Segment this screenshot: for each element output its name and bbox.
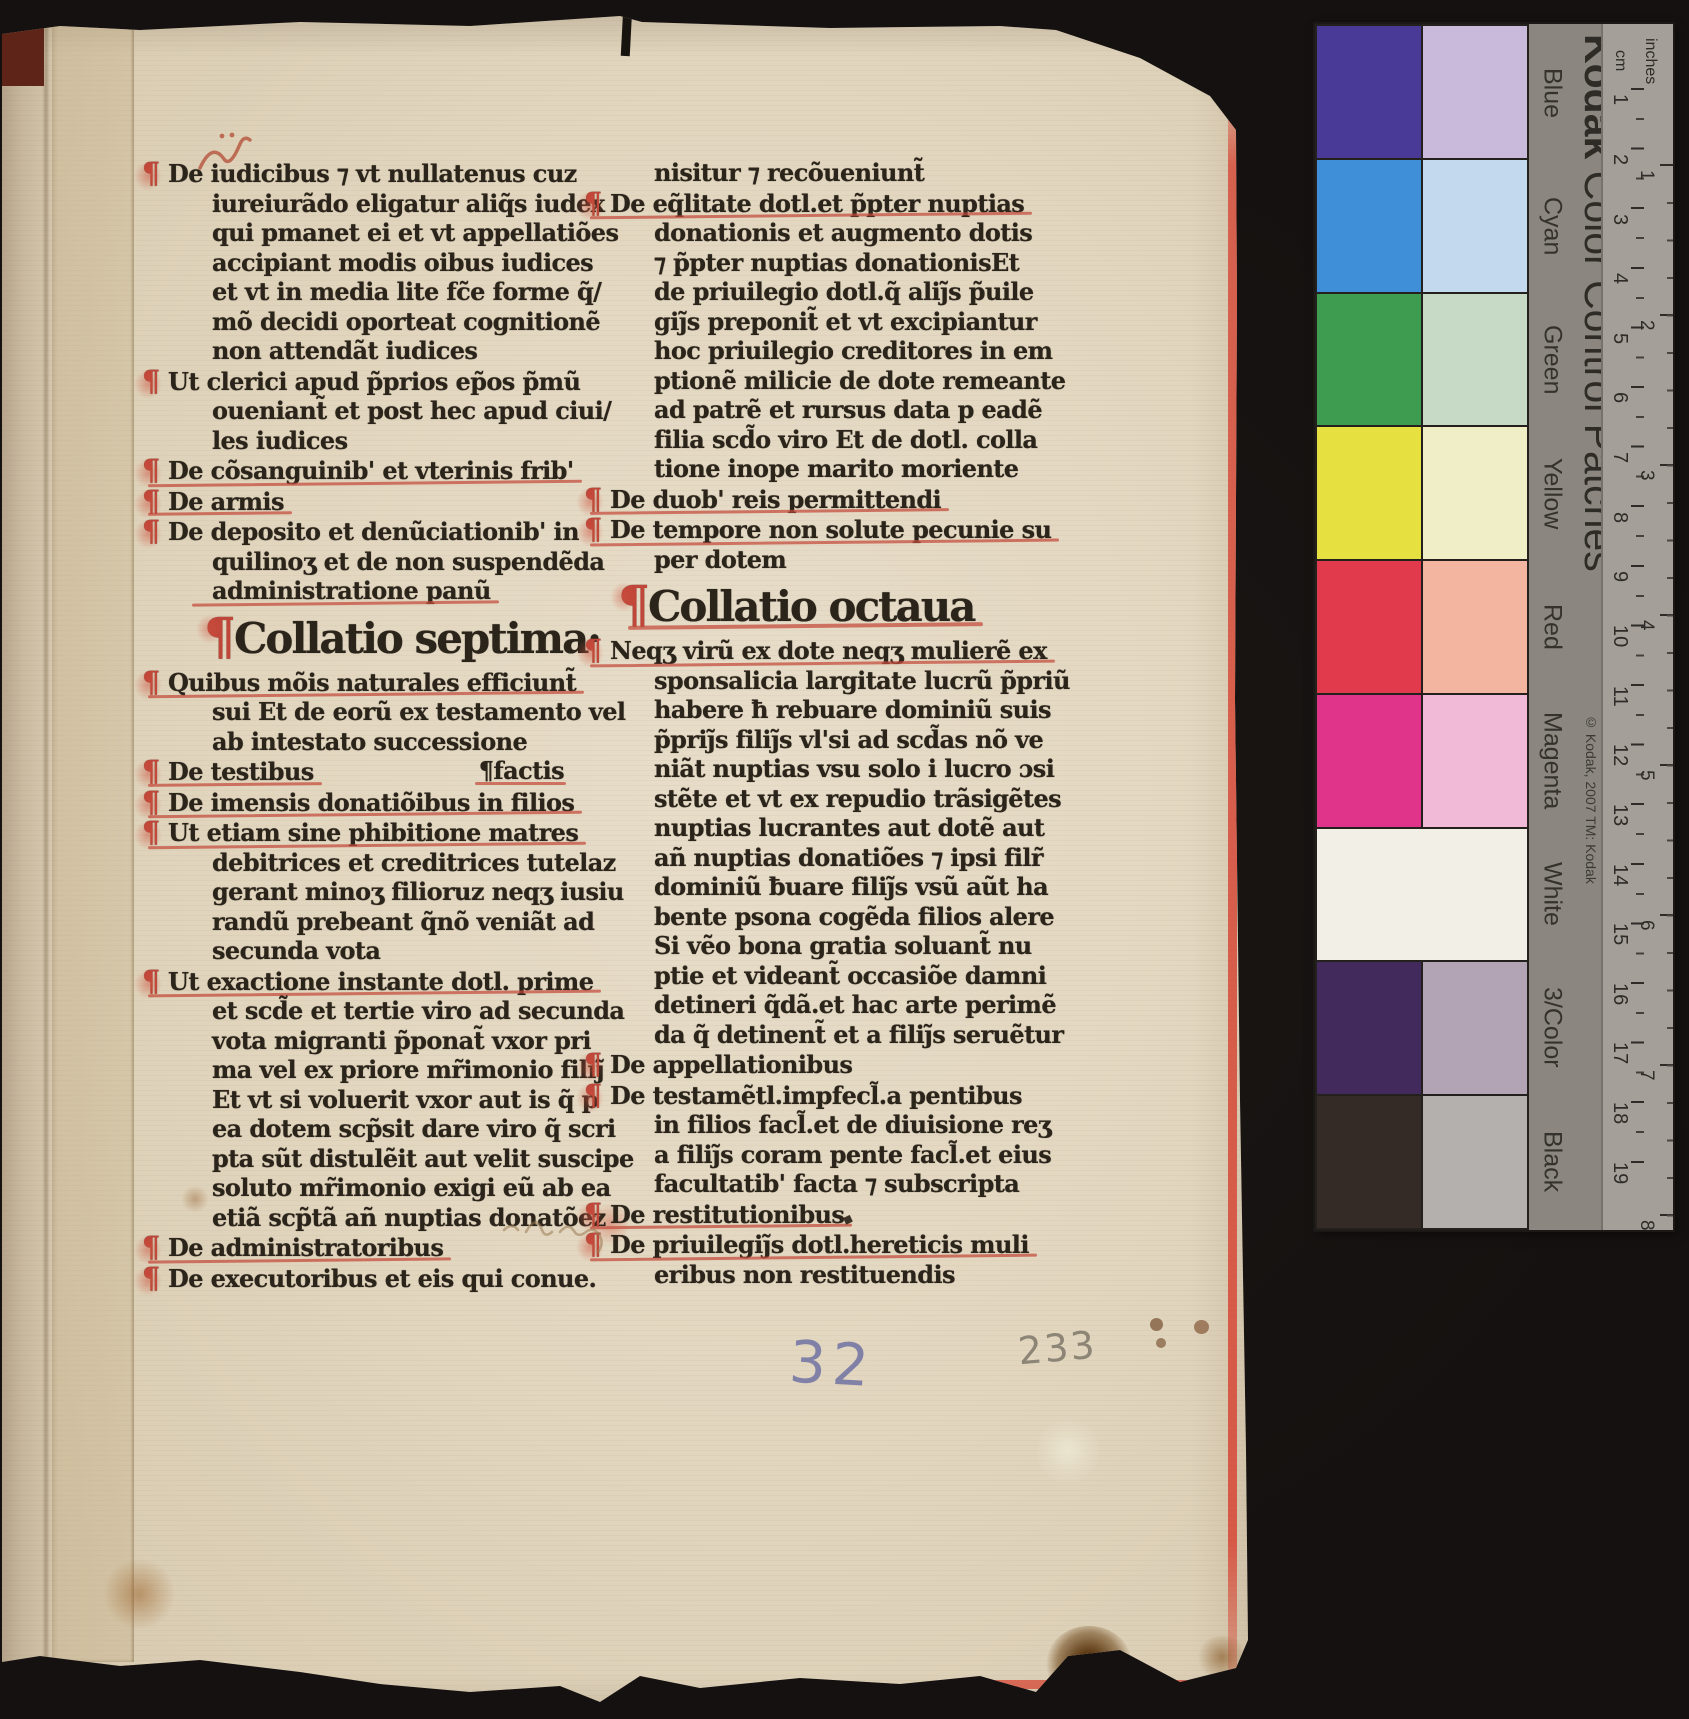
toc-line-text: ab intestato successione (212, 727, 527, 757)
toc-line-text: Neqʒ virũ ex dote neqʒ mulierẽ ex (610, 636, 1047, 666)
red-pilcrow-mark: ¶ (142, 788, 168, 818)
toc-line-text: et scd̃e et tertie viro ad secunda (212, 996, 624, 1026)
toc-line-text: Quibus mõis naturales efficiunt̃ (168, 668, 576, 698)
stain (1046, 1626, 1132, 1702)
red-pilcrow-mark: ¶ (142, 367, 168, 397)
patch-label-blue: Blue (1529, 26, 1575, 160)
toc-line: dominiũ ƀuare filij̃s vsũ aũt ha (614, 872, 1016, 902)
toc-line: ¶Neqʒ virũ ex dote neqʒ mulierẽ ex (614, 635, 1016, 666)
toc-line-text: De appellationibus (610, 1050, 852, 1080)
toc-line: ¶Ut exactione instante dotl. prime (172, 966, 564, 997)
toc-line-text: non attendãt iudices (212, 336, 477, 366)
toc-line: ad patrẽ et rursus data p eadẽ (614, 395, 1016, 425)
red-pilcrow-mark: ¶ (142, 668, 168, 698)
toc-line: ¶Collatio septima· (238, 611, 564, 664)
toc-line-text: debitrices et creditrices tutelaz (212, 848, 616, 878)
toc-line-text: De eq̃litate dotl.et p̃pter nuptias (610, 189, 1024, 219)
red-fore-edge-bottom (990, 1680, 1240, 1689)
toc-line: et vt in media lite fc̃e forme q̃/ (172, 277, 564, 307)
toc-line-text: ptie et videant̃ occasiõe damni (654, 961, 1046, 991)
stain (1036, 1420, 1100, 1482)
patch-cyan (1317, 160, 1421, 292)
red-pilcrow-mark: ¶ (618, 580, 648, 630)
toc-line: randũ prebeant q̃nõ veniãt ad (172, 907, 564, 937)
toc-line-text: et vt in media lite fc̃e forme q̃/ (212, 277, 601, 307)
toc-entry: ¶Quibus mõis naturales efficiunt̃sui Et … (172, 667, 564, 757)
toc-line-text: Ut exactione instante dotl. prime (168, 967, 593, 997)
toc-line-text: De testibus (168, 757, 314, 787)
toc-line: ¶De tempore non solute pecunie su (614, 514, 1016, 545)
stain (102, 1558, 176, 1630)
toc-line-text: Et vt si voluerit vxor aut is q̃ p (212, 1085, 598, 1115)
cm-half-ticks (1636, 118, 1644, 1164)
toc-line: ⁊ p̃pter nuptias donationisEt (614, 248, 1016, 278)
toc-line-text: oueniant̃ et post hec apud ciui/ (212, 396, 611, 426)
spine-corner (0, 0, 44, 86)
toc-line-text: De cõsanguinib' et vterinis frib' (168, 456, 574, 486)
toc-entry: ¶De eq̃litate dotl.et p̃pter nuptiasdona… (614, 188, 1016, 484)
toc-line: tione inope marito moriente (614, 454, 1016, 484)
toc-entry: ¶De imensis donatiõibus in filios (172, 787, 564, 818)
toc-line: non attendãt iudices (172, 336, 564, 366)
toc-line-text: stẽte et vt ex repudio trãsigẽtes (654, 784, 1061, 814)
toc-line: da q̃ detinent̃ et a filij̃s seruẽtur (614, 1020, 1016, 1050)
cm-number: 3 (1607, 205, 1631, 233)
toc-entry: ¶De testamẽtl.impfecl̃.a pentibusin fili… (614, 1080, 1016, 1199)
toc-line-text: Si vẽo bona gratia soluant̃ nu (654, 931, 1032, 961)
toc-entry: ¶De tempore non solute pecunie super dot… (614, 514, 1016, 574)
ink-squiggle-top (192, 128, 288, 180)
toc-line: facultatib' facta ⁊ subscripta (614, 1169, 1016, 1199)
toc-line-text: gij̃s preponit̃ et vt excipiantur (654, 307, 1037, 337)
toc-line-text: añ nuptias donatiões ⁊ ipsi filr̃ (654, 843, 1043, 873)
toc-line-text: a filij̃s coram pente facl̃.et eius (654, 1140, 1051, 1170)
toc-line: vota migranti p̃ponat̃ vxor pri (172, 1026, 564, 1056)
patch-magenta-tint (1423, 695, 1527, 827)
toc-line: per dotem (614, 545, 1016, 575)
toc-line-text: donationis et augmento dotis (654, 218, 1032, 248)
toc-line: nuptias lucrantes aut dotẽ aut (614, 813, 1016, 843)
patch-green (1317, 294, 1421, 426)
toc-line-text: facultatib' facta ⁊ subscripta (654, 1169, 1019, 1199)
toc-entry: ¶De cõsanguinib' et vterinis frib' (172, 455, 564, 486)
toc-line: p̃prij̃s filij̃s vl'si ad scd̃as nõ ve (614, 725, 1016, 755)
toc-line: donationis et augmento dotis (614, 218, 1016, 248)
toc-line-text: bente psona cogẽda filios alere (654, 902, 1054, 932)
toc-line: sui Et de eorũ ex testamento vel (172, 697, 564, 727)
inches-unit-label: inches (1641, 38, 1659, 84)
patch-label-red: Red (1529, 560, 1575, 694)
patch-white (1317, 829, 1527, 961)
inch-number: 2 (1635, 312, 1657, 338)
toc-line: ¶De imensis donatiõibus in filios (172, 787, 564, 818)
ruler: cm inches 123456789101112131415161718191… (1601, 24, 1673, 1230)
patch-blue (1317, 26, 1421, 158)
toc-entry: ¶De testibus¶factis (172, 756, 564, 787)
toc-line-text: sui Et de eorũ ex testamento vel (212, 697, 625, 727)
red-pilcrow-mark: ¶ (142, 1233, 168, 1263)
toc-entry: ¶Ut etiam sine phibitione matresdebitric… (172, 817, 564, 966)
top-edge-tear (621, 8, 632, 56)
toc-line-text: filia scd̃o viro Et de dotl. colla (654, 425, 1037, 455)
handwritten-folio-number-pencil: 233 (1016, 1323, 1098, 1374)
handwritten-folio-number-blue: 32 (787, 1306, 882, 1387)
toc-line-right-text: ¶factis (479, 756, 564, 786)
patch-label-cyan: Cyan (1529, 160, 1575, 294)
toc-entry: ¶De appellationibus (614, 1049, 1016, 1080)
toc-line: ¶De deposito et denũciationib' in (172, 516, 564, 547)
color-patches-grid (1315, 24, 1529, 1230)
toc-line-text: Ut etiam sine phibitione matres (168, 818, 578, 848)
toc-line-text: dominiũ ƀuare filij̃s vsũ aũt ha (654, 872, 1048, 902)
toc-line-text: secunda vota (212, 936, 380, 966)
toc-line: pta sũt distulẽit aut velit suscipe (172, 1144, 564, 1174)
toc-line-text: De deposito et denũciationib' in (168, 517, 579, 547)
toc-line: ab intestato successione (172, 727, 564, 757)
toc-line: accipiant modis oibus iudices (172, 248, 564, 278)
patch-label-black: Black (1529, 1094, 1575, 1228)
toc-line: les iudices (172, 426, 564, 456)
toc-line: quilinoʒ et de non suspendẽda (172, 547, 564, 577)
toc-line: Et vt si voluerit vxor aut is q̃ p (172, 1085, 564, 1115)
toc-entry: ¶De deposito et denũciationib' inquilino… (172, 516, 564, 606)
toc-line-text: habere ħ rebuare dominiũ suis (654, 695, 1051, 725)
cm-number: 10 (1607, 622, 1631, 650)
toc-line-text: hoc priuilegio creditores in em (654, 336, 1052, 366)
collatio-heading: ¶Collatio septima· (172, 611, 564, 664)
red-pilcrow-mark: ¶ (142, 159, 168, 189)
cm-number: 6 (1607, 384, 1631, 412)
patch-3-color (1317, 962, 1421, 1094)
red-pilcrow-mark: ¶ (142, 967, 168, 997)
binding-guard-strip (52, 24, 134, 1662)
toc-line-text: Collatio septima· (234, 614, 600, 664)
toc-line-text: ad patrẽ et rursus data p eadẽ (654, 395, 1042, 425)
red-pilcrow-mark: ¶ (584, 515, 610, 545)
toc-line-text: Ut clerici apud p̃prios ep̃os p̃mũ (168, 367, 580, 397)
toc-entry: ¶De restitutionibus◆ (614, 1199, 1016, 1230)
faded-margin-note (498, 1204, 638, 1256)
toc-line-text: in filios facl̃.et de diuisione reʒ (654, 1110, 1051, 1140)
toc-line: et scd̃e et tertie viro ad secunda (172, 996, 564, 1026)
toc-entry: ¶De armis (172, 486, 564, 517)
toc-line: ptie et videant̃ occasiõe damni (614, 961, 1016, 991)
toc-line: iureiurãdo eligatur aliq̃s iudex (172, 189, 564, 219)
toc-entry: ¶De priuilegij̃s dotl.hereticis mulierib… (614, 1229, 1016, 1289)
toc-line: bente psona cogẽda filios alere (614, 902, 1016, 932)
toc-line-text: gerant minoʒ filioruz neqʒ iusiu (212, 877, 624, 907)
toc-line-text: detineri q̃dã.et hac arte perimẽ (654, 990, 1056, 1020)
toc-line: ¶De armis (172, 486, 564, 517)
toc-line-text: De administratoribus (168, 1233, 443, 1263)
cm-unit-label: cm (1611, 50, 1629, 71)
patch-label-yellow: Yellow (1529, 427, 1575, 561)
patch-3-color-tint (1423, 962, 1527, 1094)
cm-number: 19 (1607, 1159, 1631, 1187)
cm-number: 17 (1607, 1040, 1631, 1068)
toc-line: niãt nuptias vsu solo i lucro ɔsi (614, 754, 1016, 784)
red-pilcrow-mark: ¶ (142, 1264, 168, 1294)
red-pilcrow-mark: ¶ (584, 1081, 610, 1111)
cm-number: 13 (1607, 801, 1631, 829)
patch-yellow-tint (1423, 427, 1527, 559)
patch-black-tint (1423, 1096, 1527, 1228)
toc-line-text: mõ decidi oporteat cognitionẽ (212, 307, 600, 337)
text-column-left: ¶De iudicibus ⁊ vt nullatenus cuziureiur… (172, 158, 564, 1293)
cm-number: 1 (1607, 86, 1631, 114)
cm-number: 8 (1607, 503, 1631, 531)
toc-line-text: les iudices (212, 426, 348, 456)
red-pilcrow-mark: ¶ (142, 456, 168, 486)
toc-line-text: nisitur ⁊ recõueniunt̃ (654, 158, 924, 188)
toc-line-text: ptionẽ milicie de dote remeante (654, 366, 1065, 396)
toc-line-text: De executoribus et eis qui conue. (168, 1264, 596, 1294)
patch-cyan-tint (1423, 160, 1527, 292)
toc-line-text: eribus non restituendis (654, 1260, 955, 1290)
inch-number: 6 (1635, 912, 1657, 938)
toc-line-text: de priuilegio dotl.q̃ alij̃s p̃uile (654, 277, 1034, 307)
cm-number: 7 (1607, 444, 1631, 472)
toc-line: filia scd̃o viro Et de dotl. colla (614, 425, 1016, 455)
toc-line: in filios facl̃.et de diuisione reʒ (614, 1110, 1016, 1140)
red-pilcrow-mark: ¶ (584, 1050, 610, 1080)
toc-line: secunda vota (172, 936, 564, 966)
red-fore-edge (1228, 70, 1237, 1670)
toc-line-text: soluto mr̃imonio exigi eũ ab ea (212, 1173, 611, 1203)
patch-yellow (1317, 427, 1421, 559)
red-pilcrow-mark: ¶ (204, 612, 234, 662)
toc-entry: ¶De iudicibus ⁊ vt nullatenus cuziureiur… (172, 158, 564, 366)
patch-label-magenta: Magenta (1529, 694, 1575, 828)
inch-number: 5 (1635, 762, 1657, 788)
patch-black (1317, 1096, 1421, 1228)
patch-magenta (1317, 695, 1421, 827)
stain (1156, 1338, 1166, 1348)
toc-line-text: da q̃ detinent̃ et a filij̃s seruẽtur (654, 1020, 1063, 1050)
cm-number: 2 (1607, 146, 1631, 174)
patch-label-3-color: 3/Color (1529, 961, 1575, 1095)
inch-quarter-ticks (1667, 202, 1673, 1222)
toc-line-text: ⁊ p̃pter nuptias donationisEt (654, 248, 1019, 278)
cm-number: 15 (1607, 920, 1631, 948)
toc-line-text: nuptias lucrantes aut dotẽ aut (654, 813, 1044, 843)
cm-number: 4 (1607, 265, 1631, 293)
toc-line-text: De duob' reis permittendi (610, 485, 941, 515)
toc-line-text: Collatio octaua (648, 582, 975, 632)
toc-line: ¶De duob' reis permittendi (614, 484, 1016, 515)
toc-line: eribus non restituendis (614, 1260, 1016, 1290)
inch-number: 7 (1635, 1062, 1657, 1088)
toc-line: añ nuptias donatiões ⁊ ipsi filr̃ (614, 843, 1016, 873)
red-pilcrow-mark: ¶ (142, 517, 168, 547)
toc-line: stẽte et vt ex repudio trãsigẽtes (614, 784, 1016, 814)
toc-line-text: sponsalicia largitate lucrũ p̃priũ (654, 666, 1070, 696)
toc-line-text: vota migranti p̃ponat̃ vxor pri (212, 1026, 591, 1056)
toc-line: ¶De restitutionibus◆ (614, 1199, 1016, 1230)
toc-entry: ¶De executoribus et eis qui conue. (172, 1263, 564, 1294)
toc-line-text: iureiurãdo eligatur aliq̃s iudex (212, 189, 605, 219)
toc-line: ea dotem scp̃sit dare viro q̃ scri (172, 1114, 564, 1144)
toc-line: ¶De testibus¶factis (172, 756, 564, 787)
toc-line-text: accipiant modis oibus iudices (212, 248, 593, 278)
toc-line: sponsalicia largitate lucrũ p̃priũ (614, 666, 1016, 696)
gutter-crease (44, 24, 48, 1664)
inch-number: 4 (1635, 612, 1657, 638)
toc-line-text: tione inope marito moriente (654, 454, 1018, 484)
stain (1196, 1636, 1248, 1678)
cm-number: 5 (1607, 324, 1631, 352)
toc-line: oueniant̃ et post hec apud ciui/ (172, 396, 564, 426)
toc-line: ¶De testamẽtl.impfecl̃.a pentibus (614, 1080, 1016, 1111)
red-pilcrow-mark: ¶ (584, 485, 610, 515)
toc-line-text: quilinoʒ et de non suspendẽda (212, 547, 604, 577)
red-pilcrow-mark: ¶ (142, 757, 168, 787)
toc-line: debitrices et creditrices tutelaz (172, 848, 564, 878)
toc-line: habere ħ rebuare dominiũ suis (614, 695, 1016, 725)
toc-line: ¶Quibus mõis naturales efficiunt̃ (172, 667, 564, 698)
red-pilcrow-mark: ¶ (142, 487, 168, 517)
toc-line: gij̃s preponit̃ et vt excipiantur (614, 307, 1016, 337)
red-pilcrow-mark: ¶ (142, 818, 168, 848)
kodak-color-bar: BlueCyanGreenYellowRedMagentaWhite3/Colo… (1315, 24, 1673, 1230)
cm-number: 9 (1607, 563, 1631, 591)
toc-line-text: De priuilegij̃s dotl.hereticis muli (610, 1230, 1029, 1260)
patch-red-tint (1423, 561, 1527, 693)
toc-line-text: niãt nuptias vsu solo i lucro ɔsi (654, 754, 1054, 784)
toc-line: ¶Ut etiam sine phibitione matres (172, 817, 564, 848)
cm-number: 18 (1607, 1099, 1631, 1127)
toc-line: ¶De appellationibus (614, 1049, 1016, 1080)
toc-line: de priuilegio dotl.q̃ alij̃s p̃uile (614, 277, 1016, 307)
toc-line-text: ma vel ex priore mr̃imonio filij̃ (212, 1055, 604, 1085)
cm-number: 11 (1607, 682, 1631, 710)
patch-red (1317, 561, 1421, 693)
toc-entry: ¶Ut exactione instante dotl. primeet scd… (172, 966, 564, 1233)
cm-number: 16 (1607, 980, 1631, 1008)
toc-line-text: De imensis donatiõibus in filios (168, 788, 574, 818)
toc-line: ¶De priuilegij̃s dotl.hereticis muli (614, 1229, 1016, 1260)
red-pilcrow-mark: ¶ (584, 636, 610, 666)
toc-line: mõ decidi oporteat cognitionẽ (172, 307, 564, 337)
book-page: ¶De iudicibus ⁊ vt nullatenus cuziureiur… (0, 0, 1260, 1719)
toc-line: ¶De eq̃litate dotl.et p̃pter nuptias (614, 188, 1016, 219)
toc-line: ¶Ut clerici apud p̃prios ep̃os p̃mũ (172, 366, 564, 397)
patch-label-green: Green (1529, 293, 1575, 427)
patch-label-white: White (1529, 827, 1575, 961)
patch-green-tint (1423, 294, 1527, 426)
toc-line: hoc priuilegio creditores in em (614, 336, 1016, 366)
inch-number: 1 (1635, 162, 1657, 188)
kodak-copyright: © Kodak, 2007 TM: Kodak (1583, 714, 1599, 1234)
toc-line: soluto mr̃imonio exigi eũ ab ea (172, 1173, 564, 1203)
toc-entry: ¶Neqʒ virũ ex dote neqʒ mulierẽ exsponsa… (614, 635, 1016, 1049)
scan-canvas: ¶De iudicibus ⁊ vt nullatenus cuziureiur… (0, 0, 1689, 1719)
toc-entry: nisitur ⁊ recõueniunt̃ (614, 158, 1016, 188)
inch-number: 8 (1635, 1212, 1657, 1238)
toc-line-text: De restitutionibus (610, 1200, 844, 1230)
stain (1194, 1320, 1209, 1334)
toc-line-text: p̃prij̃s filij̃s vl'si ad scd̃as nõ ve (654, 725, 1043, 755)
stain (1150, 1318, 1163, 1331)
toc-line: qui pmanet ei et vt appellatiões (172, 218, 564, 248)
toc-line-text: administratione panũ (212, 576, 491, 606)
toc-line: ma vel ex priore mr̃imonio filij̃ (172, 1055, 564, 1085)
toc-line: administratione panũ (172, 576, 564, 606)
toc-line: ptionẽ milicie de dote remeante (614, 366, 1016, 396)
toc-line: gerant minoʒ filioruz neqʒ iusiu (172, 877, 564, 907)
toc-line-text: ea dotem scp̃sit dare viro q̃ scri (212, 1114, 616, 1144)
toc-line: Si vẽo bona gratia soluant̃ nu (614, 931, 1016, 961)
toc-line-text: per dotem (654, 545, 786, 575)
toc-entry: ¶Ut clerici apud p̃prios ep̃os p̃mũoueni… (172, 366, 564, 456)
toc-line-text: De testamẽtl.impfecl̃.a pentibus (610, 1081, 1022, 1111)
toc-line-text: pta sũt distulẽit aut velit suscipe (212, 1144, 634, 1174)
toc-line-text: randũ prebeant q̃nõ veniãt ad (212, 907, 594, 937)
collatio-heading: ¶Collatio octaua (614, 579, 1016, 632)
toc-entry: ¶De duob' reis permittendi (614, 484, 1016, 515)
toc-line-text: qui pmanet ei et vt appellatiões (212, 218, 618, 248)
red-pilcrow-mark: ¶ (584, 189, 610, 219)
text-column-right: nisitur ⁊ recõueniunt̃¶De eq̃litate dotl… (614, 158, 1016, 1289)
cm-number: 14 (1607, 861, 1631, 889)
toc-line: ¶De cõsanguinib' et vterinis frib' (172, 455, 564, 486)
toc-line: nisitur ⁊ recõueniunt̃ (614, 158, 1016, 188)
inch-number: 3 (1635, 462, 1657, 488)
toc-line: ¶De executoribus et eis qui conue. (172, 1263, 564, 1294)
patch-blue-tint (1423, 26, 1527, 158)
toc-line: ¶Collatio octaua (652, 579, 1016, 632)
cm-number: 12 (1607, 742, 1631, 770)
toc-line-text: De armis (168, 487, 284, 517)
toc-line: detineri q̃dã.et hac arte perimẽ (614, 990, 1016, 1020)
toc-line: a filij̃s coram pente facl̃.et eius (614, 1140, 1016, 1170)
toc-line-text: De tempore non solute pecunie su (610, 515, 1051, 545)
